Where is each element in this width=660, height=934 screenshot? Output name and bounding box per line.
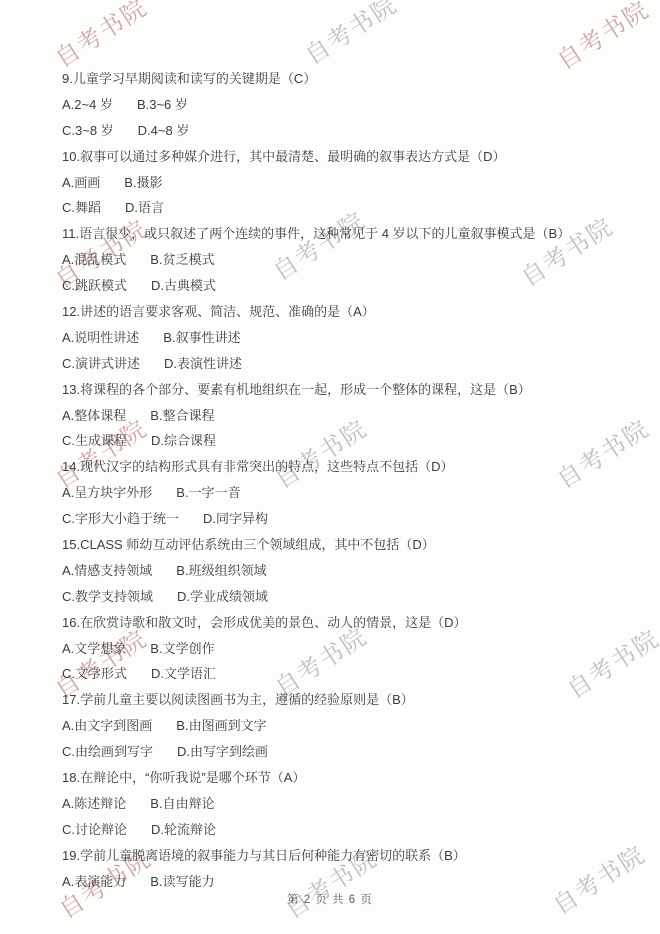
option-cell: D.学业成绩领域 (177, 584, 268, 610)
option-cell: D.古典模式 (151, 273, 216, 299)
option-cell: B.文学创作 (150, 636, 214, 662)
exam-page: 自考书院自考书院自考书院自考书院自考书院自考书院自考书院自考书院自考书院自考书院… (0, 0, 660, 934)
question-list: 9.儿童学习早期阅读和读写的关键期是（C）A.2~4 岁B.3~6 岁C.3~8… (62, 66, 656, 895)
question-stem: 17.学前儿童主要以阅读图画书为主，遵循的经验原则是（B） (62, 687, 656, 713)
option-cell: A.由文字到图画 (62, 713, 152, 739)
option-row: C.生成课程D.综合课程 (62, 428, 656, 454)
watermark-text: 自考书院 (297, 0, 403, 71)
option-row: C.3~8 岁D.4~8 岁 (62, 118, 656, 144)
page-footer: 第 2 页 共 6 页 (0, 891, 660, 907)
question-stem: 14.现代汉字的结构形式具有非常突出的特点，这些特点不包括（D） (62, 454, 656, 480)
option-cell: B.摄影 (124, 170, 162, 196)
option-row: C.演讲式讲述D.表演性讲述 (62, 351, 656, 377)
option-cell: D.同字异构 (203, 506, 268, 532)
question-stem: 13.将课程的各个部分、要素有机地组织在一起，形成一个整体的课程，这是（B） (62, 377, 656, 403)
option-cell: D.4~8 岁 (138, 118, 190, 144)
option-cell: B.一字一音 (176, 480, 240, 506)
option-cell: B.自由辩论 (150, 791, 214, 817)
option-cell: B.班级组织领域 (176, 558, 266, 584)
option-row: C.由绘画到写字D.由写字到绘画 (62, 739, 656, 765)
option-cell: C.字形大小趋于统一 (62, 506, 179, 532)
option-cell: B.整合课程 (150, 403, 214, 429)
option-row: C.文学形式D.文学语汇 (62, 661, 656, 687)
question-stem: 9.儿童学习早期阅读和读写的关键期是（C） (62, 66, 656, 92)
option-cell: C.文学形式 (62, 661, 127, 687)
watermark-text: 自考书院 (47, 0, 153, 74)
option-cell: C.生成课程 (62, 428, 127, 454)
option-cell: A.混乱模式 (62, 247, 126, 273)
option-cell: D.表演性讲述 (164, 351, 242, 377)
option-row: A.陈述辩论B.自由辩论 (62, 791, 656, 817)
option-cell: B.贫乏模式 (150, 247, 214, 273)
option-row: A.画画B.摄影 (62, 170, 656, 196)
option-row: A.由文字到图画B.由图画到文字 (62, 713, 656, 739)
option-row: C.讨论辩论D.轮流辩论 (62, 817, 656, 843)
option-row: A.2~4 岁B.3~6 岁 (62, 92, 656, 118)
option-cell: A.情感支持领域 (62, 558, 152, 584)
option-row: C.跳跃模式D.古典模式 (62, 273, 656, 299)
option-row: A.呈方块字外形B.一字一音 (62, 480, 656, 506)
option-cell: A.2~4 岁 (62, 92, 113, 118)
option-cell: D.文学语汇 (151, 661, 216, 687)
option-row: A.整体课程B.整合课程 (62, 403, 656, 429)
option-cell: C.跳跃模式 (62, 273, 127, 299)
option-row: A.混乱模式B.贫乏模式 (62, 247, 656, 273)
option-row: C.教学支持领域D.学业成绩领域 (62, 584, 656, 610)
option-cell: D.综合课程 (151, 428, 216, 454)
question-stem: 19.学前儿童脱离语境的叙事能力与其日后何种能力有密切的联系（B） (62, 843, 656, 869)
question-stem: 10.叙事可以通过多种媒介进行，其中最清楚、最明确的叙事表达方式是（D） (62, 144, 656, 170)
option-row: A.说明性讲述B.叙事性讲述 (62, 325, 656, 351)
option-cell: C.由绘画到写字 (62, 739, 153, 765)
question-stem: 15.CLASS 师幼互动评估系统由三个领域组成，其中不包括（D） (62, 532, 656, 558)
option-cell: D.由写字到绘画 (177, 739, 268, 765)
option-row: A.情感支持领域B.班级组织领域 (62, 558, 656, 584)
option-cell: C.3~8 岁 (62, 118, 114, 144)
watermark-text: 自考书院 (549, 0, 655, 76)
option-cell: A.呈方块字外形 (62, 480, 152, 506)
option-cell: C.舞蹈 (62, 195, 101, 221)
option-cell: D.轮流辩论 (151, 817, 216, 843)
option-cell: A.整体课程 (62, 403, 126, 429)
option-row: A.文学想象B.文学创作 (62, 636, 656, 662)
option-cell: A.画画 (62, 170, 100, 196)
option-cell: D.语言 (125, 195, 164, 221)
question-stem: 18.在辩论中，“你听我说”是哪个环节（A） (62, 765, 656, 791)
option-row: C.字形大小趋于统一D.同字异构 (62, 506, 656, 532)
option-cell: B.叙事性讲述 (163, 325, 240, 351)
option-cell: A.文学想象 (62, 636, 126, 662)
option-cell: C.讨论辩论 (62, 817, 127, 843)
question-stem: 16.在欣赏诗歌和散文时，会形成优美的景色、动人的情景，这是（D） (62, 610, 656, 636)
option-cell: A.陈述辩论 (62, 791, 126, 817)
option-cell: B.由图画到文字 (176, 713, 266, 739)
option-cell: A.说明性讲述 (62, 325, 139, 351)
question-stem: 12.讲述的语言要求客观、简洁、规范、准确的是（A） (62, 299, 656, 325)
page-number: 第 2 页 共 6 页 (287, 894, 373, 906)
option-cell: C.演讲式讲述 (62, 351, 140, 377)
option-cell: C.教学支持领域 (62, 584, 153, 610)
option-row: C.舞蹈D.语言 (62, 195, 656, 221)
option-cell: B.3~6 岁 (137, 92, 188, 118)
question-stem: 11.语言很少，或只叙述了两个连续的事件，这种常见于 4 岁以下的儿童叙事模式是… (62, 221, 656, 247)
